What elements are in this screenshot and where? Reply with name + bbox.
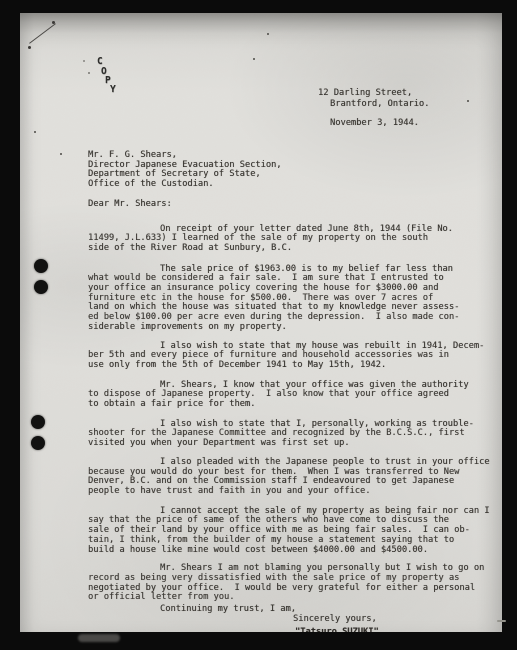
letter-line: build a house like mine would cost betwe… [88, 546, 498, 556]
date-line: November 3, 1944. [330, 119, 419, 129]
paragraph-3: I also wish to state that my house was r… [88, 342, 498, 371]
letter-line: side of the River Road at Sunbury, B.C. [88, 244, 498, 254]
dust-speck [253, 58, 255, 60]
letter-line: Sincerely yours, [88, 615, 498, 625]
hole-punch-mark [34, 280, 48, 294]
return-address: 12 Darling Street, Brantford, Ontario. [318, 88, 429, 110]
edge-artifact [497, 620, 506, 622]
return-address-line: Brantford, Ontario. [318, 99, 429, 110]
letter-line: visited you when your Department was fir… [88, 439, 498, 449]
paragraph-7: I cannot accept the sale of my property … [88, 507, 498, 556]
paragraph-1: On receipt of your letter dated June 8th… [88, 225, 498, 254]
paragraph-8: Mr. Shears I am not blaming you personal… [88, 564, 498, 603]
letter-date: November 3, 1944. [330, 119, 419, 129]
salutation: Dear Mr. Shears: [88, 200, 498, 210]
recipient-line: Office of the Custodian. [88, 180, 498, 190]
letter-line: use only from the 5th of December 1941 t… [88, 361, 498, 371]
dust-speck [467, 100, 469, 102]
ink-dot [52, 21, 55, 24]
letter-line: to obtain a fair price for them. [88, 400, 498, 410]
dust-speck [34, 131, 36, 133]
paragraph-4: Mr. Shears, I know that your office was … [88, 381, 498, 410]
hole-punch-mark [31, 415, 45, 429]
return-address-line: 12 Darling Street, [318, 88, 429, 99]
signature-block: "Tatsuro SUZUKI" [88, 628, 498, 632]
copy-stamp-letter: Y [110, 84, 116, 95]
recipient-address: Mr. F. G. Shears, Director Japanese Evac… [88, 151, 498, 190]
hole-punch-mark [34, 259, 48, 273]
paragraph-2: The sale price of $1963.00 is to my beli… [88, 265, 498, 333]
dust-speck [267, 33, 269, 35]
signature-name: "Tatsuro SUZUKI" [88, 628, 498, 632]
letter-line: or official letter from you. [88, 593, 498, 603]
letter-line: people to have trust and faith in you an… [88, 487, 498, 497]
dust-speck [83, 60, 85, 62]
salutation-line: Dear Mr. Shears: [88, 200, 498, 210]
letter-line: siderable improvements on my property. [88, 323, 498, 333]
pen-scratch-mark [29, 23, 56, 44]
paragraph-6: I also pleaded with the Japanese people … [88, 458, 498, 497]
hole-punch-mark [31, 436, 45, 450]
dust-speck [60, 153, 62, 155]
letter-page: C O P Y 12 Darling Street, Brantford, On… [20, 13, 502, 632]
paragraph-5: I also wish to state that I, personally,… [88, 420, 498, 449]
letter-body: Mr. F. G. Shears, Director Japanese Evac… [88, 151, 498, 632]
dust-speck [88, 72, 90, 74]
valediction: Sincerely yours, [88, 615, 498, 625]
ink-dot [28, 46, 31, 49]
scanner-smudge [78, 634, 120, 642]
